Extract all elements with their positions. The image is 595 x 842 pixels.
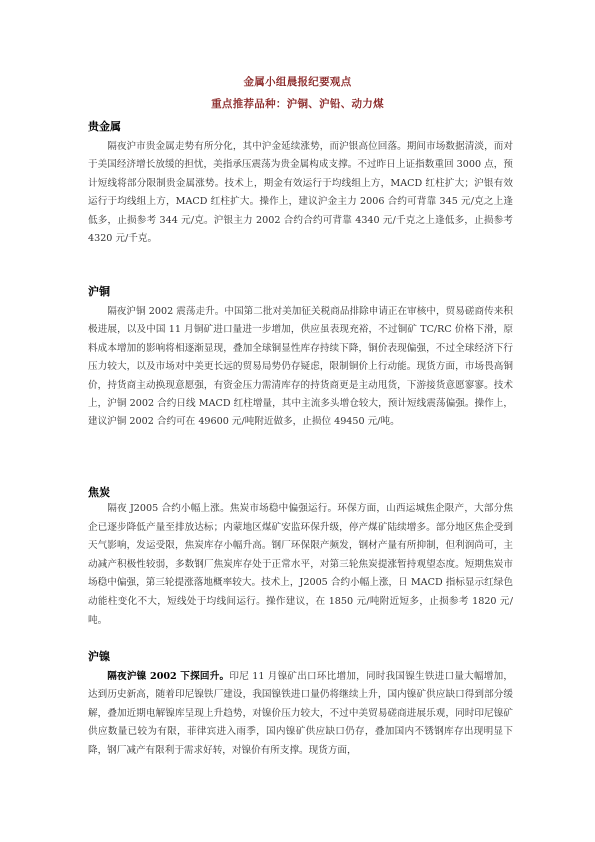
document-page: 金属小组晨报纪要观点 重点推荐品种：沪铜、沪铅、动力煤 贵金属 隔夜沪市贵金属走… [0,0,595,842]
section-body-text: 印尼 11 月镍矿出口环比增加，同时我国镍生铁进口量大幅增加，达到历史新高，随着… [88,671,513,756]
section-nickel: 沪镍 隔夜沪镍 2002 下探回升。印尼 11 月镍矿出口环比增加，同时我国镍生… [88,648,513,760]
document-title: 金属小组晨报纪要观点 [0,74,595,89]
section-heading: 沪镍 [88,648,513,662]
section-lead: 隔夜沪镍 2002 下探回升。 [107,671,229,682]
section-body: 隔夜沪铜 2002 震荡走升。中国第二批对美加征关税商品排除申请正在审核中，贸易… [88,303,513,432]
section-body: 隔夜 J2005 合约小幅上涨。焦炭市场稳中偏强运行。环保方面，山西运城焦企限产… [88,500,513,630]
section-heading: 贵金属 [88,118,513,132]
section-coke: 焦炭 隔夜 J2005 合约小幅上涨。焦炭市场稳中偏强运行。环保方面，山西运城焦… [88,484,513,630]
document-subtitle: 重点推荐品种：沪铜、沪铅、动力煤 [0,96,595,111]
section-heading: 沪铜 [88,283,513,297]
section-copper: 沪铜 隔夜沪铜 2002 震荡走升。中国第二批对美加征关税商品排除申请正在审核中… [88,283,513,432]
section-body: 隔夜沪市贵金属走势有所分化，其中沪金延续涨势，而沪银高位回落。期间市场数据清淡，… [88,138,513,248]
section-heading: 焦炭 [88,484,513,498]
section-precious-metals: 贵金属 隔夜沪市贵金属走势有所分化，其中沪金延续涨势，而沪银高位回落。期间市场数… [88,118,513,248]
section-body: 隔夜沪镍 2002 下探回升。印尼 11 月镍矿出口环比增加，同时我国镍生铁进口… [88,668,513,760]
